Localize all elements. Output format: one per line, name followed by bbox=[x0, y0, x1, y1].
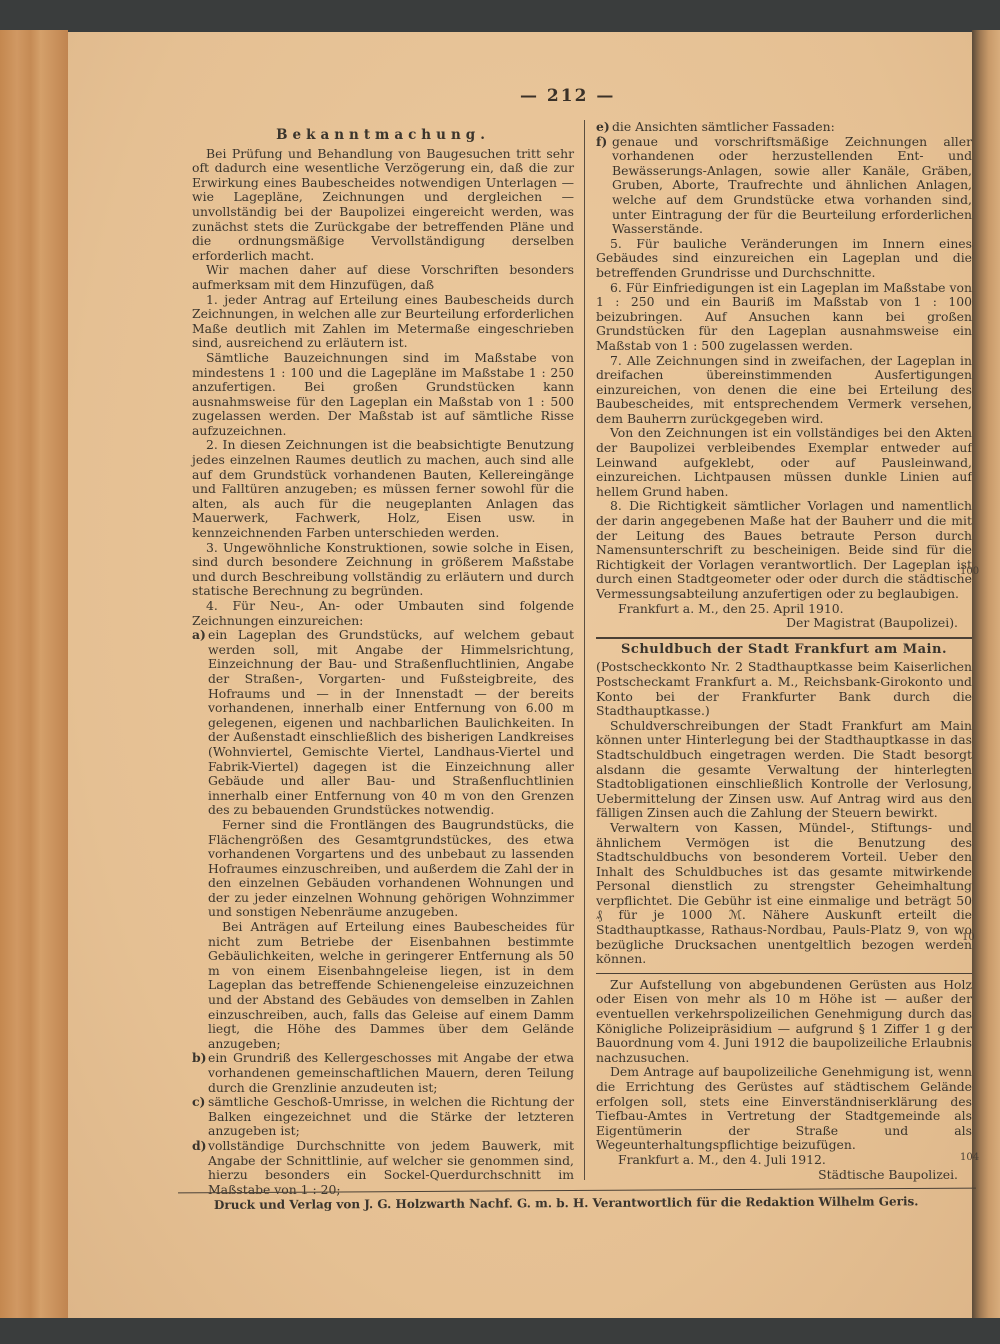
notice-date: Frankfurt a. M., den 25. April 1910. bbox=[596, 602, 972, 617]
item-marker: c) bbox=[192, 1095, 208, 1139]
item-marker: e) bbox=[596, 120, 612, 135]
list-item-a: a) ein Lageplan des Grundstücks, auf wel… bbox=[192, 628, 574, 818]
column-divider bbox=[584, 120, 585, 1180]
paragraph: Verwaltern von Kassen, Mündel-, Stiftung… bbox=[596, 821, 972, 967]
paragraph: Von den Zeichnungen ist ein vollständige… bbox=[596, 426, 972, 499]
item-text: sämtliche Geschoß-Umrisse, in welchen di… bbox=[208, 1095, 574, 1139]
notice-title: Bekanntmachung. bbox=[192, 128, 574, 143]
list-item-f: f) genaue und vorschriftsmäßige Zeichnun… bbox=[596, 135, 972, 237]
notice-signature: Städtische Baupolizei. bbox=[596, 1168, 972, 1183]
list-item-e: e) die Ansichten sämtlicher Fassaden: bbox=[596, 120, 972, 135]
paragraph: 1. jeder Antrag auf Erteilung eines Baub… bbox=[192, 293, 574, 351]
paragraph: 6. Für Einfriedigungen ist ein Lageplan … bbox=[596, 281, 972, 354]
paragraph: Dem Antrage auf baupolizeiliche Genehmig… bbox=[596, 1065, 972, 1153]
page-edges bbox=[0, 30, 68, 1320]
item-text: ein Lageplan des Grundstücks, auf welche… bbox=[208, 628, 574, 818]
paragraph: Sämtliche Bauzeichnungen sind im Maßstab… bbox=[192, 351, 574, 439]
paragraph: Wir machen daher auf diese Vorschriften … bbox=[192, 263, 574, 292]
page-number: — 212 — bbox=[520, 86, 615, 106]
item-marker: d) bbox=[192, 1139, 208, 1197]
item-text: die Ansichten sämtlicher Fassaden: bbox=[612, 120, 972, 135]
item-marker: f) bbox=[596, 135, 612, 237]
paragraph: 2. In diesen Zeichnungen ist die beabsic… bbox=[192, 438, 574, 540]
notice-date: Frankfurt a. M., den 4. Juli 1912. bbox=[596, 1153, 972, 1168]
paragraph: 7. Alle Zeichnungen sind in zweifachen, … bbox=[596, 354, 972, 427]
list-item-c: c) sämtliche Geschoß-Umrisse, in welchen… bbox=[192, 1095, 574, 1139]
section-title: Schuldbuch der Stadt Frankfurt am Main. bbox=[596, 643, 972, 658]
paragraph: 3. Ungewöhnliche Konstruktionen, sowie s… bbox=[192, 541, 574, 599]
paragraph: 5. Für bauliche Veränderungen im Innern … bbox=[596, 237, 972, 281]
book-cover-bottom bbox=[0, 1318, 1000, 1344]
list-item-d: d) vollständige Durchschnitte von jedem … bbox=[192, 1139, 574, 1197]
list-item-b: b) ein Grundriß des Kellergeschosses mit… bbox=[192, 1051, 574, 1095]
paragraph: 4. Für Neu-, An- oder Umbauten sind folg… bbox=[192, 599, 574, 628]
item-text: ein Grundriß des Kellergeschosses mit An… bbox=[208, 1051, 574, 1095]
item-text: genaue und vorschriftsmäßige Zeichnungen… bbox=[612, 135, 972, 237]
section-divider bbox=[596, 637, 972, 639]
right-column: e) die Ansichten sämtlicher Fassaden: f)… bbox=[596, 120, 972, 1182]
paragraph: Zur Aufstellung von abgebundenen Gerüste… bbox=[596, 978, 972, 1066]
book-gutter bbox=[972, 30, 1000, 1320]
book-cover-top bbox=[0, 0, 1000, 34]
paragraph: 8. Die Richtigkeit sämtlicher Vorlagen u… bbox=[596, 499, 972, 601]
item-marker: b) bbox=[192, 1051, 208, 1095]
margin-number: 10 bbox=[962, 932, 975, 943]
section-subtitle: (Postscheckkonto Nr. 2 Stadthauptkasse b… bbox=[596, 660, 972, 718]
margin-number: 100 bbox=[960, 566, 979, 577]
left-column: Bekanntmachung. Bei Prüfung und Behandlu… bbox=[192, 128, 574, 1197]
notice-signature: Der Magistrat (Baupolizei). bbox=[596, 616, 972, 631]
paragraph: Ferner sind die Frontlängen des Baugrund… bbox=[208, 818, 574, 920]
paragraph: Bei Anträgen auf Erteilung eines Baubesc… bbox=[208, 920, 574, 1051]
section-divider bbox=[596, 973, 972, 974]
paragraph: Bei Prüfung und Behandlung von Baugesuch… bbox=[192, 147, 574, 264]
paragraph: Schuldverschreibungen der Stadt Frankfur… bbox=[596, 719, 972, 821]
item-marker: a) bbox=[192, 628, 208, 818]
item-text: vollständige Durchschnitte von jedem Bau… bbox=[208, 1139, 574, 1197]
margin-number: 104 bbox=[960, 1152, 979, 1163]
